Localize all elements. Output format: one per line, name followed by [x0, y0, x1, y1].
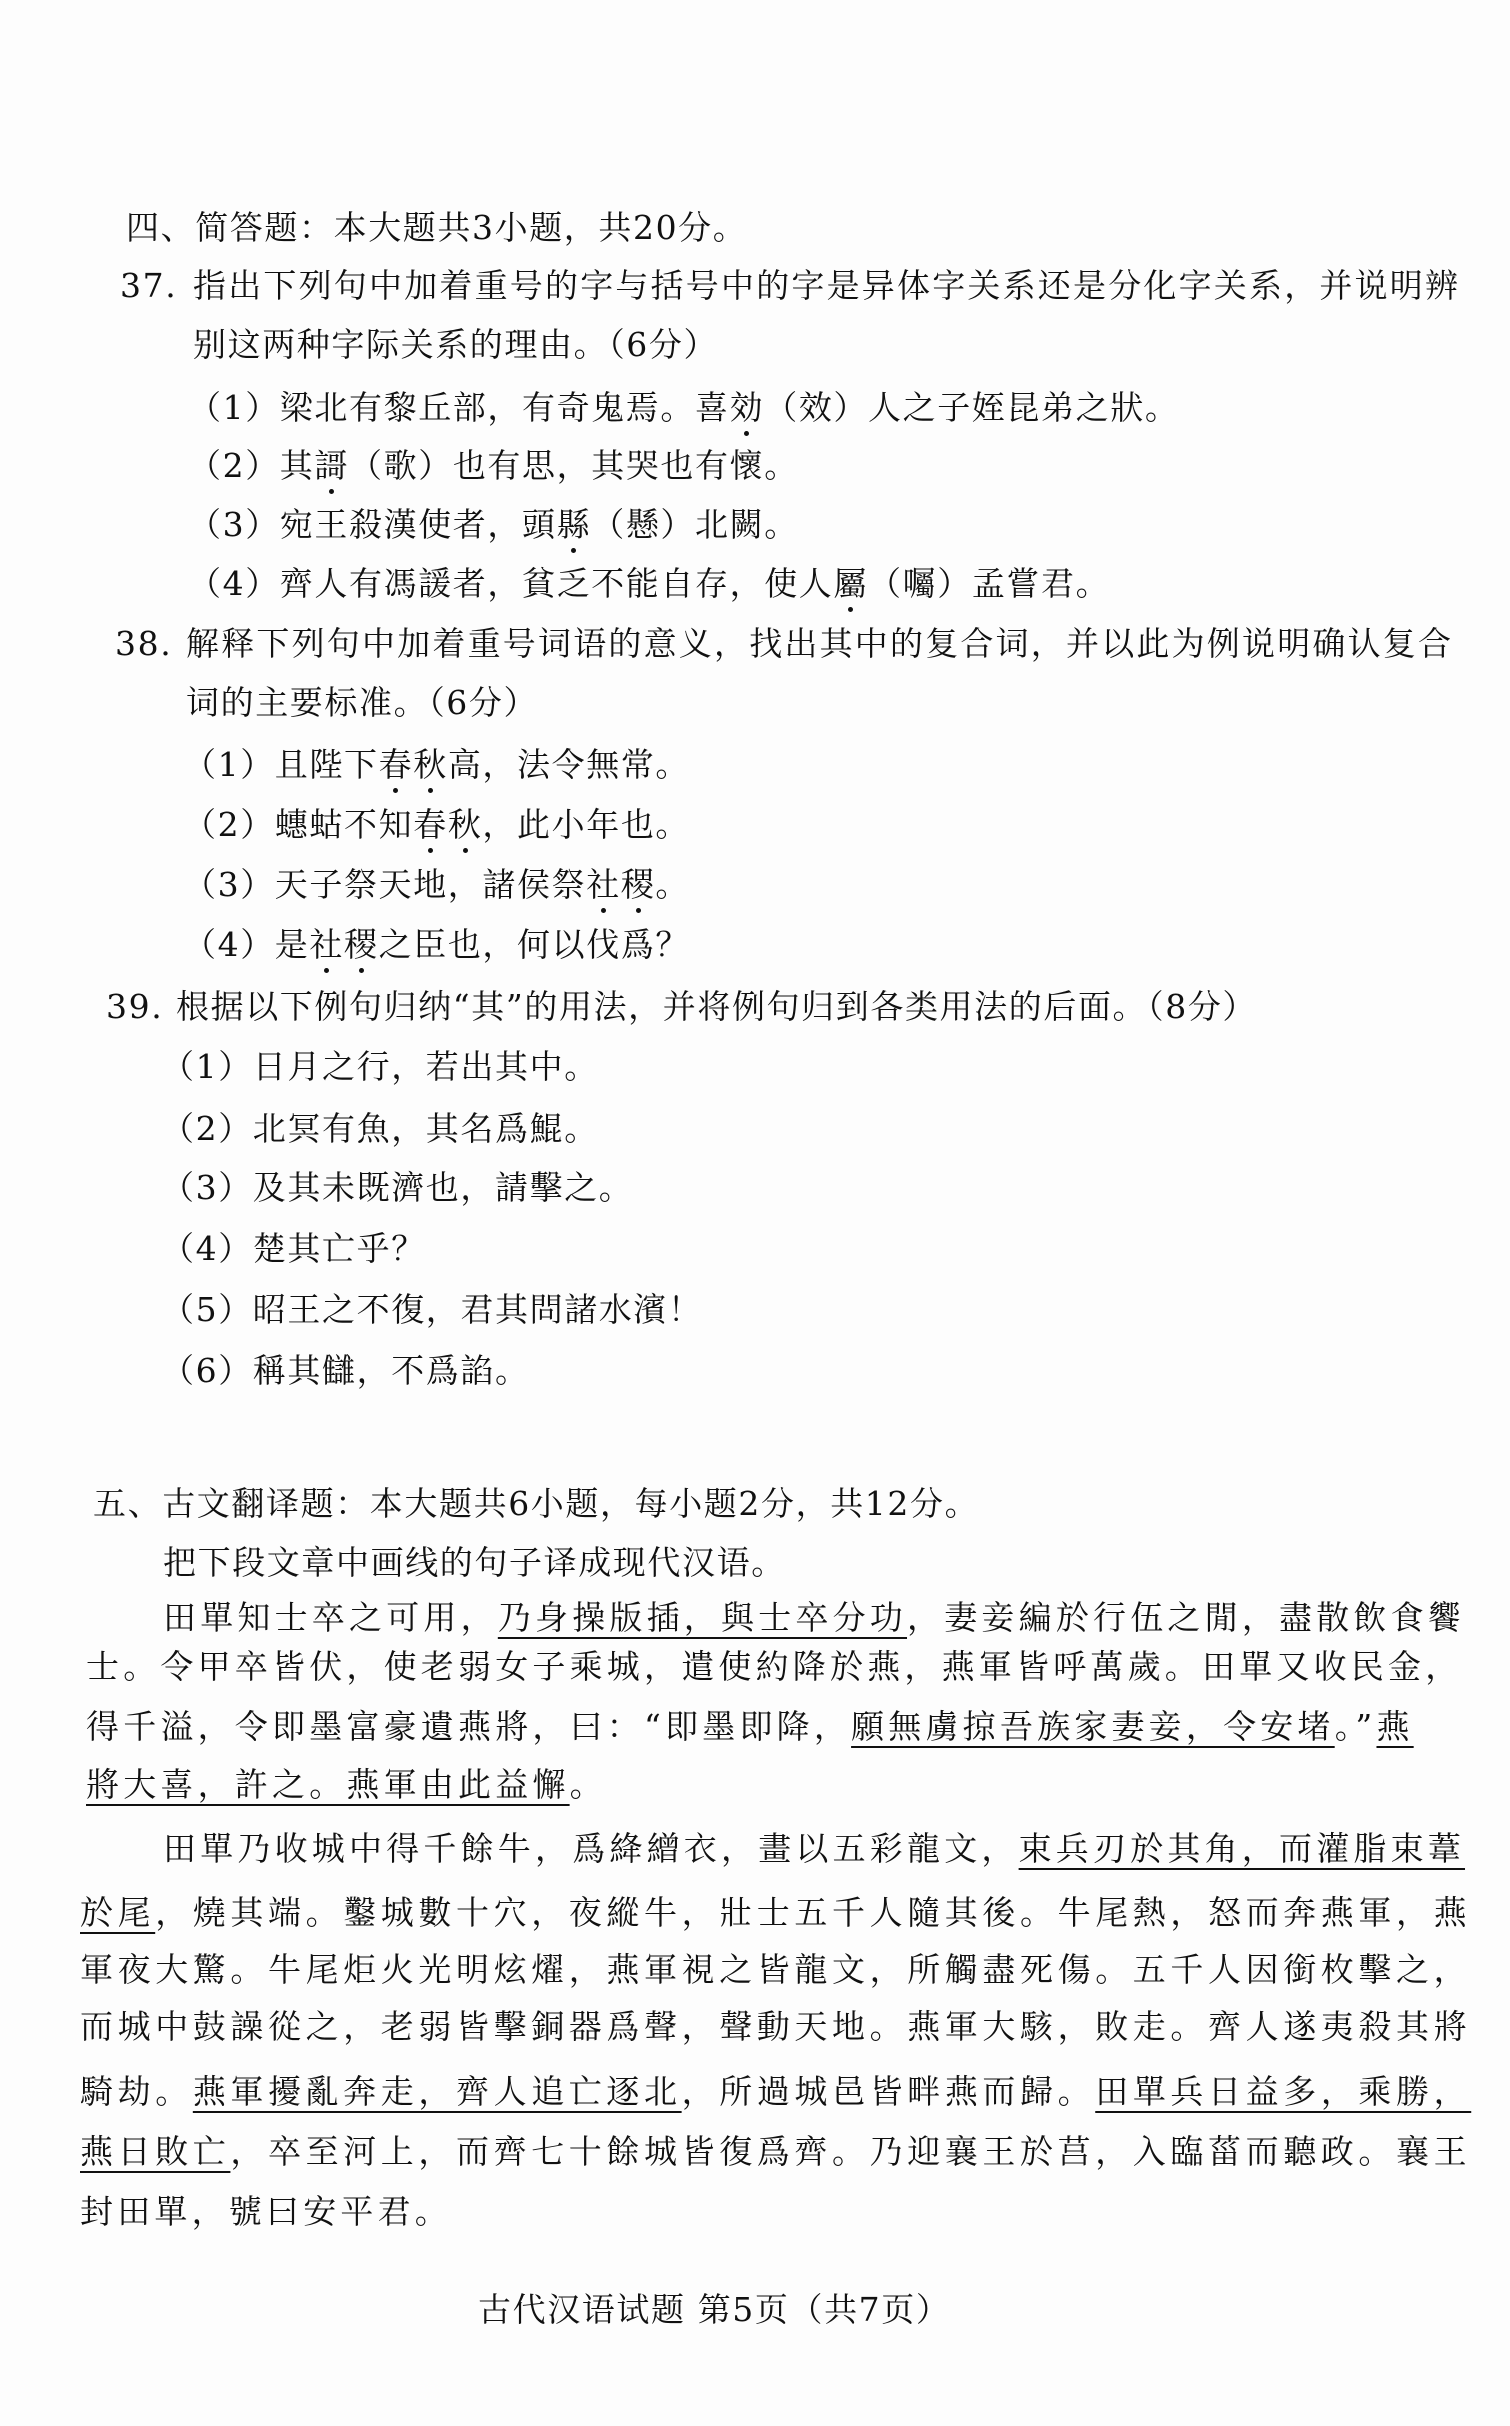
item-text: （1）梁北有黎丘部，有奇鬼焉。喜: [188, 388, 730, 427]
emphasized-char: 稷: [344, 925, 379, 965]
underlined-sentence: 乃身操版插，與士卒分功: [498, 1598, 907, 1637]
q37-item-2: （2）其謌（歌）也有思，其哭也有懷。: [188, 446, 799, 486]
item-text: （3）宛王殺漢使者，頭: [188, 505, 557, 544]
underlined-sentence: 將大喜，許之。燕軍由此益懈: [86, 1765, 570, 1804]
emphasized-char: 秋: [413, 745, 448, 785]
q39-item-5: （5）昭王之不復，君其問諸水濱！: [161, 1290, 703, 1330]
passage-text: 得千溢，令即墨富豪遺燕將，曰：“即墨即降，: [86, 1707, 851, 1746]
emphasized-char: 縣: [557, 505, 592, 545]
passage-text: ，所過城邑皆畔燕而歸。: [682, 2072, 1096, 2111]
item-text: 高，法令無常。: [448, 745, 690, 784]
item-text: （4）是: [183, 925, 309, 964]
passage-line: 騎劫。燕軍擾亂奔走，齊人追亡逐北，所過城邑皆畔燕而歸。田單兵日益多，乘勝，: [80, 2072, 1471, 2112]
passage-text: ，燒其端。鑿城數十穴，夜縱牛，壯士五千人隨其後。牛尾熱，怒而奔燕軍，燕: [155, 1893, 1471, 1932]
q39-number: 39.: [106, 987, 163, 1027]
item-text: （效）人之子姪昆弟之狀。: [764, 388, 1179, 427]
q37-item-3: （3）宛王殺漢使者，頭縣（懸）北闕。: [188, 505, 799, 545]
passage-line: 田單知士卒之可用，乃身操版插，與士卒分功，妻妾編於行伍之閒，盡散飲食饗: [163, 1598, 1465, 1638]
item-text: （懸）北闕。: [591, 505, 799, 544]
emphasized-char: 春: [379, 745, 414, 785]
underlined-sentence: 燕軍擾亂奔走，齊人追亡逐北: [193, 2072, 682, 2111]
q38-prompt-line2: 词的主要标准。（6分）: [186, 683, 538, 723]
item-text: （4）齊人有馮諼者，貧乏不能自存，使人: [188, 564, 833, 603]
page-footer: 古代汉语试题 第5页（共7页）: [478, 2290, 950, 2330]
q38-item-2: （2）蟪蛄不知春秋，此小年也。: [183, 805, 690, 845]
emphasized-char: 春: [413, 805, 448, 845]
passage-text: 。: [570, 1765, 607, 1804]
emphasized-char: 秋: [448, 805, 483, 845]
emphasized-char: 稷: [621, 865, 656, 905]
passage-text: 騎劫。: [80, 2072, 193, 2111]
q39-item-3: （3）及其未既濟也，請擊之。: [161, 1168, 633, 1208]
q38-item-1: （1）且陛下春秋高，法令無常。: [183, 745, 690, 785]
section-5-heading: 五、古文翻译题：本大题共6小题，每小题2分，共12分。: [93, 1484, 979, 1524]
emphasized-char: 謌: [314, 446, 349, 486]
passage-line: 將大喜，許之。燕軍由此益懈。: [86, 1765, 607, 1805]
passage-line: 封田單，號曰安平君。: [80, 2192, 452, 2232]
passage-text: 。”: [1335, 1707, 1377, 1746]
passage-text: ，卒至河上，而齊七十餘城皆復爲齊。乃迎襄王於莒，入臨菑而聽政。襄王: [230, 2132, 1471, 2171]
passage-line: 而城中鼓譟從之，老弱皆擊銅器爲聲，聲動天地。燕軍大駭，敗走。齊人遂夷殺其將: [80, 2007, 1471, 2047]
q39-item-2: （2）北冥有魚，其名爲鯤。: [161, 1109, 599, 1149]
q37-item-1: （1）梁北有黎丘部，有奇鬼焉。喜効（效）人之子姪昆弟之狀。: [188, 388, 1179, 428]
q38-item-4: （4）是社稷之臣也，何以伐爲？: [183, 925, 690, 965]
section-4-heading: 四、简答题：本大题共3小题，共20分。: [126, 208, 747, 248]
q38-item-3: （3）天子祭天地，諸侯祭社稷。: [183, 865, 690, 905]
passage-line: 於尾，燒其端。鑿城數十穴，夜縱牛，壯士五千人隨其後。牛尾熱，怒而奔燕軍，燕: [80, 1893, 1471, 1933]
q39-item-6: （6）稱其讎，不爲諂。: [161, 1351, 530, 1391]
passage-text: 軍夜大驚。牛尾炬火光明炫燿，燕軍視之皆龍文，所觸盡死傷。五千人因銜枚擊之，: [80, 1950, 1471, 1989]
underlined-sentence: 田單兵日益多，乘勝，: [1095, 2072, 1471, 2111]
emphasized-char: 社: [586, 865, 621, 905]
translation-instruction: 把下段文章中画线的句子译成现代汉语。: [163, 1543, 786, 1583]
item-text: （囑）孟嘗君。: [868, 564, 1110, 603]
passage-line: 得千溢，令即墨富豪遺燕將，曰：“即墨即降，願無虜掠吾族家妻妾，令安堵。”燕: [86, 1707, 1414, 1747]
q39-item-1: （1）日月之行，若出其中。: [161, 1047, 599, 1087]
q39-item-4: （4）楚其亡乎？: [161, 1229, 426, 1269]
item-text: （1）且陛下: [183, 745, 379, 784]
q38-prompt-line1: 解释下列句中加着重号词语的意义，找出其中的复合词，并以此为例说明确认复合: [186, 624, 1453, 664]
passage-line: 士。令甲卒皆伏，使老弱女子乘城，遣使約降於燕，燕軍皆呼萬歲。田單又收民金，: [86, 1647, 1462, 1687]
q38-number: 38.: [115, 624, 172, 664]
underlined-sentence: 願無虜掠吾族家妻妾，令安堵: [851, 1707, 1335, 1746]
passage-line: 燕日敗亡，卒至河上，而齊七十餘城皆復爲齊。乃迎襄王於莒，入臨菑而聽政。襄王: [80, 2132, 1471, 2172]
passage-line: 田單乃收城中得千餘牛，爲絳繒衣，畫以五彩龍文，束兵刃於其角，而灌脂束葦: [163, 1829, 1465, 1869]
underlined-sentence: 於尾: [80, 1893, 155, 1932]
underlined-sentence: 燕日敗亡: [80, 2132, 230, 2171]
passage-text: ，妻妾編於行伍之閒，盡散飲食饗: [907, 1598, 1465, 1637]
emphasized-char: 屬: [833, 564, 868, 604]
q37-prompt-line2: 别这两种字际关系的理由。（6分）: [193, 325, 718, 365]
item-text: （歌）也有思，其哭也有懷。: [349, 446, 799, 485]
passage-text: 田單乃收城中得千餘牛，爲絳繒衣，畫以五彩龍文，: [163, 1829, 1019, 1868]
underlined-sentence: 燕: [1376, 1707, 1413, 1746]
item-text: （3）天子祭天地，諸侯祭: [183, 865, 586, 904]
underlined-sentence: 束兵刃於其角，而灌脂束葦: [1019, 1829, 1465, 1868]
item-text: （2）蟪蛄不知: [183, 805, 413, 844]
item-text: 。: [655, 865, 690, 904]
item-text: （2）其: [188, 446, 314, 485]
passage-text: 田單知士卒之可用，: [163, 1598, 498, 1637]
passage-text: 封田單，號曰安平君。: [80, 2192, 452, 2231]
q37-prompt-line1: 指出下列句中加着重号的字与括号中的字是异体字关系还是分化字关系，并说明辨: [193, 266, 1460, 306]
emphasized-char: 社: [309, 925, 344, 965]
q37-item-4: （4）齊人有馮諼者，貧乏不能自存，使人屬（囑）孟嘗君。: [188, 564, 1110, 604]
q37-number: 37.: [120, 266, 177, 306]
q39-prompt-line1: 根据以下例句归纳“其”的用法，并将例句归到各类用法的后面。（8分）: [176, 987, 1257, 1027]
passage-line: 軍夜大驚。牛尾炬火光明炫燿，燕軍視之皆龍文，所觸盡死傷。五千人因銜枚擊之，: [80, 1950, 1471, 1990]
passage-text: 士。令甲卒皆伏，使老弱女子乘城，遣使約降於燕，燕軍皆呼萬歲。田單又收民金，: [86, 1647, 1462, 1686]
passage-text: 而城中鼓譟從之，老弱皆擊銅器爲聲，聲動天地。燕軍大駭，敗走。齊人遂夷殺其將: [80, 2007, 1471, 2046]
item-text: 之臣也，何以伐爲？: [379, 925, 690, 964]
item-text: ，此小年也。: [482, 805, 690, 844]
emphasized-char: 効: [730, 388, 765, 428]
